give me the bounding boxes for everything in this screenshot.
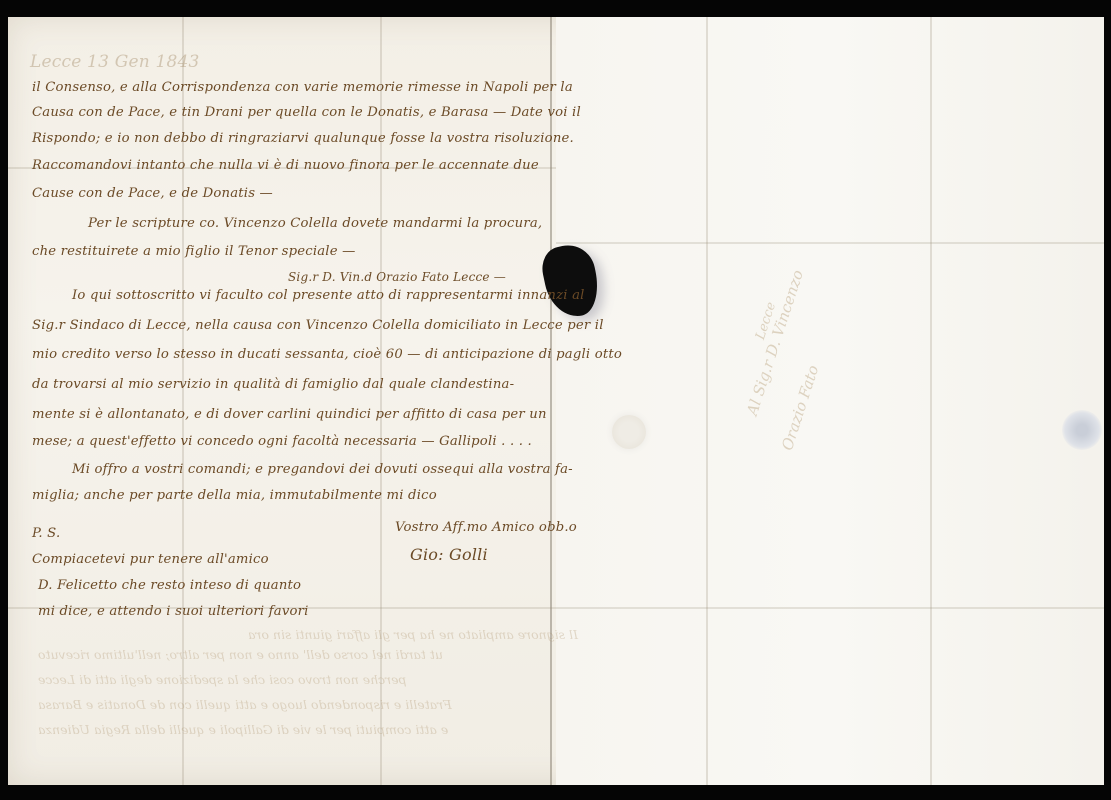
postscript-line: Compiacetevi pur tenere all'amico	[32, 552, 269, 567]
dateline: Lecce 13 Gen 1843	[30, 52, 200, 72]
letter-line: miglia; anche per parte della mia, immut…	[32, 488, 437, 503]
letter-line: Cause con de Pace, e de Donatis —	[32, 186, 273, 201]
bleed-through-text: Il signore ampliato ne ha per gli affari…	[248, 627, 578, 642]
addressee-line: Sig.r D. Vin.d Orazio Fato Lecce —	[288, 270, 506, 284]
letter-line: da trovarsi al mio servizio in qualità d…	[32, 377, 514, 392]
signature: Gio: Golli	[410, 545, 488, 564]
postscript-line: mi dice, e attendo i suoi ulteriori favo…	[38, 604, 309, 619]
postscript-label: P. S.	[32, 526, 60, 541]
postscript-line: D. Felicetto che resto inteso di quanto	[38, 578, 301, 593]
address-panel	[556, 17, 1104, 785]
letter-line: il Consenso, e alla Corrispondenza con v…	[32, 80, 573, 95]
postmark-stamp	[1062, 410, 1102, 450]
letter-line: Mi offro a vostri comandi; e pregandovi …	[72, 462, 573, 477]
letter-line: mio credito verso lo stesso in ducati se…	[32, 347, 622, 362]
fold-line	[556, 607, 1104, 609]
letter-line: Sig.r Sindaco di Lecce, nella causa con …	[32, 318, 604, 333]
closing-line: Vostro Aff.mo Amico obb.o	[395, 520, 577, 535]
fold-line	[706, 17, 708, 785]
letter-line: Per le scripture co. Vincenzo Colella do…	[88, 216, 542, 231]
letter-line: Causa con de Pace, e tin Drani per quell…	[32, 105, 581, 120]
letter-line: Io qui sottoscritto vi faculto col prese…	[72, 288, 585, 303]
bleed-through-text: Fratelli e rispondendo luogo e atti quel…	[38, 697, 452, 712]
letter-line: Raccomandovi intanto che nulla vi è di n…	[32, 158, 539, 173]
bleed-through-text: e atti compiuti per le vie di Gallipoli …	[38, 722, 448, 737]
letter-line: mese; a quest'effetto vi concedo ogni fa…	[32, 434, 532, 449]
letter-line: Rispondo; e io non debbo di ringraziarvi…	[32, 131, 574, 146]
bleed-through-text: perche non trovo cosi che la spedizione …	[38, 672, 407, 687]
wax-seal-impression	[612, 415, 646, 449]
letter-line: mente si è allontanato, e di dover carli…	[32, 407, 547, 422]
bleed-through-text: ut tardi nel corso dell' anno e non per …	[38, 647, 443, 662]
letter-line: che restituirete a mio figlio il Tenor s…	[32, 244, 356, 259]
fold-line	[556, 242, 1104, 244]
fold-line	[930, 17, 932, 785]
